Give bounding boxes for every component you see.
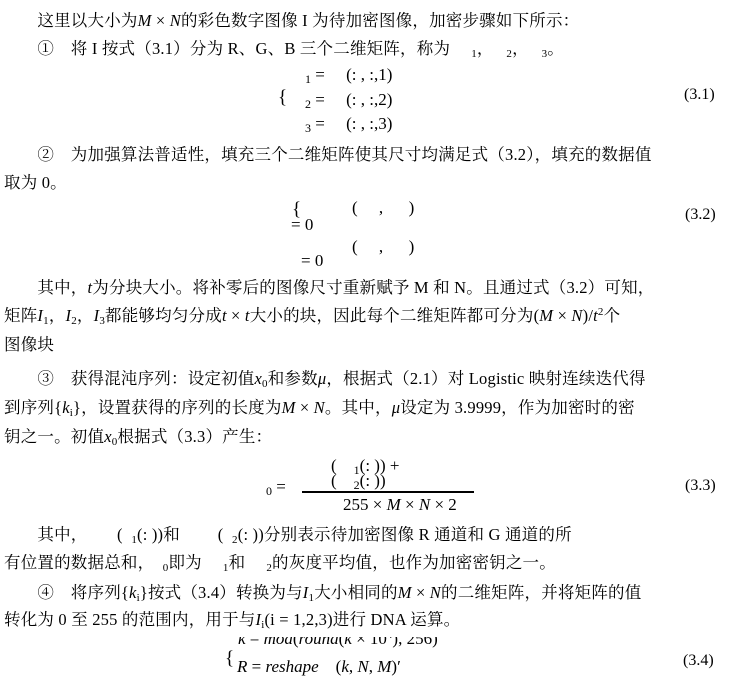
blocking-para-line-1: 其中，t为分块大小。将补零后的图像尺寸重新赋予 M 和 N。且通过式（3.2）可…	[4, 277, 654, 299]
equation-3-1-brace: {	[278, 88, 287, 107]
equation-3-1-row-3: 3 = (: , :,3)	[305, 114, 392, 134]
equation-3-3-lhs: 0 =	[266, 477, 286, 497]
equation-3-4-label: (3.4)	[683, 651, 714, 671]
step-2-line-2: 取为 0。	[4, 172, 67, 194]
equation-3-1-row-2: 2 = (: , :,2)	[305, 90, 392, 110]
step-2-line-1: ② 为加强算法普适性，填充三个二维矩阵使其尺寸均满足式（3.2），填充的数据值	[4, 144, 652, 166]
equation-3-3-numerator-line-2: ( 2(: ))	[331, 473, 386, 489]
step-4-line-2: 转化为 0 至 255 的范围内，用于与Ii(i = 1,2,3)进行 DNA …	[4, 609, 460, 631]
equation-3-4-line-1-clipped: k = mod(round(k × 104), 256)	[238, 637, 494, 649]
equation-3-2-label: (3.2)	[685, 205, 716, 225]
equation-3-1-label: (3.1)	[684, 85, 715, 105]
equation-3-4-line-2: R = reshape (k, N, M)′	[237, 657, 401, 677]
blocking-para-line-2: 矩阵I1，I2，I3都能够均匀分成t × t大小的块，因此每个二维矩阵都可分为(…	[4, 305, 620, 327]
equation-3-3-label: (3.3)	[685, 476, 716, 496]
equation-3-4-brace: {	[225, 649, 234, 668]
equation-3-3-fraction-bar	[302, 491, 474, 493]
step-1-line: ① 将 I 按式（3.1）分为 R、G、B 三个二维矩阵，称为 1， 2， 3。	[4, 38, 564, 60]
blocking-para-line-3: 图像块	[4, 334, 54, 356]
equation-3-3-denominator: 255 × M × N × 2	[343, 495, 457, 515]
equation-3-4-line-1: k = mod(round(k × 104), 256)	[238, 637, 494, 649]
sum-explain-line-2: 有位置的数据总和， 0即为 1和 2的灰度平均值，也作为加密密钥之一。	[4, 552, 556, 574]
equation-3-2-paren-bottom: ( , )	[352, 237, 414, 257]
step-3-line-1: ③ 获得混沌序列：设定初值x0和参数μ，根据式（2.1）对 Logistic 映…	[4, 368, 646, 390]
step-3-line-2: 到序列{ki}，设置获得的序列的长度为M × N。其中，μ设定为 3.9999，…	[4, 397, 635, 419]
intro-line: 这里以大小为M × N的彩色数字图像 I 为待加密图像，加密步骤如下所示：	[4, 10, 579, 32]
step-3-line-3: 钥之一。初值x0根据式（3.3）产生：	[4, 426, 272, 448]
document-page: 这里以大小为M × N的彩色数字图像 I 为待加密图像，加密步骤如下所示： ① …	[0, 0, 738, 678]
equation-3-2-zero-top: = 0	[291, 215, 313, 235]
equation-3-2-paren-top: ( , )	[352, 198, 414, 218]
equation-3-1-row-1: 1 = (: , :,1)	[305, 65, 392, 85]
equation-3-2-zero-bottom: = 0	[301, 251, 323, 271]
sum-explain-line-1: 其中， ( 1(: ))和 ( 2(: ))分别表示待加密图像 R 通道和 G …	[4, 524, 572, 546]
step-4-line-1: ④ 将序列{ki}按式（3.4）转换为与I1大小相同的M × N的二维矩阵，并将…	[4, 582, 641, 604]
